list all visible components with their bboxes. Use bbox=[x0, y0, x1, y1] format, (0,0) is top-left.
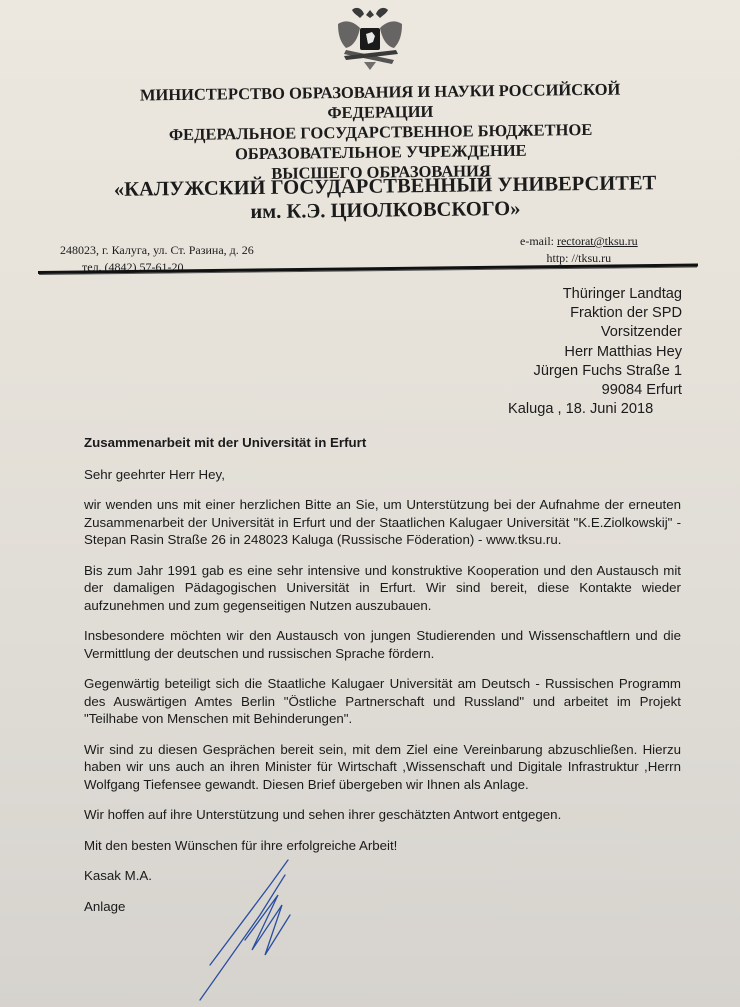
recipient-line: Fraktion der SPD bbox=[534, 304, 682, 323]
recipient-line: 99084 Erfurt bbox=[534, 381, 682, 400]
recipient-line: Thüringer Landtag bbox=[534, 285, 682, 304]
online-contact: e-mail: rectorat@tksu.ru http: //tksu.ru bbox=[520, 233, 638, 267]
university-name: «КАЛУЖСКИЙ ГОСУДАРСТВЕННЫЙ УНИВЕРСИТЕТ и… bbox=[100, 171, 671, 226]
body-paragraph: wir wenden uns mit einer herzlichen Bitt… bbox=[84, 496, 681, 549]
email-line: e-mail: rectorat@tksu.ru bbox=[520, 233, 638, 250]
ministry-line: МИНИСТЕРСТВО ОБРАЗОВАНИЯ И НАУКИ РОССИЙС… bbox=[95, 79, 665, 126]
salutation: Sehr geehrter Herr Hey, bbox=[84, 466, 681, 484]
body-paragraph: Wir sind zu diesen Gesprächen bereit sei… bbox=[84, 741, 681, 794]
letter-body: Zusammenarbeit mit der Universität in Er… bbox=[84, 434, 681, 928]
signer-name: Kasak M.A. bbox=[84, 867, 681, 885]
coat-of-arms-icon bbox=[330, 4, 410, 78]
recipient-line: Jürgen Fuchs Straße 1 bbox=[534, 362, 682, 381]
phone-number: тел. (4842) 57-61-20 bbox=[60, 259, 254, 276]
postal-address: 248023, г. Калуга, ул. Ст. Разина, д. 26 bbox=[60, 242, 254, 259]
closing-line: Mit den besten Wünschen für ihre erfolgr… bbox=[84, 837, 681, 855]
recipient-address: Thüringer Landtag Fraktion der SPD Vorsi… bbox=[534, 285, 682, 400]
enclosure-note: Anlage bbox=[84, 898, 681, 916]
recipient-line: Vorsitzender bbox=[534, 323, 682, 342]
letter-date: Kaluga , 18. Juni 2018 bbox=[508, 401, 653, 417]
handwritten-signature bbox=[190, 855, 310, 1005]
ministry-header: МИНИСТЕРСТВО ОБРАЗОВАНИЯ И НАУКИ РОССИЙС… bbox=[95, 79, 666, 186]
email-link[interactable]: rectorat@tksu.ru bbox=[557, 234, 638, 248]
body-paragraph: Bis zum Jahr 1991 gab es eine sehr inten… bbox=[84, 562, 681, 615]
subject-line: Zusammenarbeit mit der Universität in Er… bbox=[84, 434, 681, 452]
body-paragraph: Insbesondere möchten wir den Austausch v… bbox=[84, 627, 681, 662]
recipient-line: Herr Matthias Hey bbox=[534, 343, 682, 362]
body-paragraph: Wir hoffen auf ihre Unterstützung und se… bbox=[84, 806, 681, 824]
body-paragraph: Gegenwärtig beteiligt sich die Staatlich… bbox=[84, 675, 681, 728]
email-label: e-mail: bbox=[520, 234, 557, 248]
